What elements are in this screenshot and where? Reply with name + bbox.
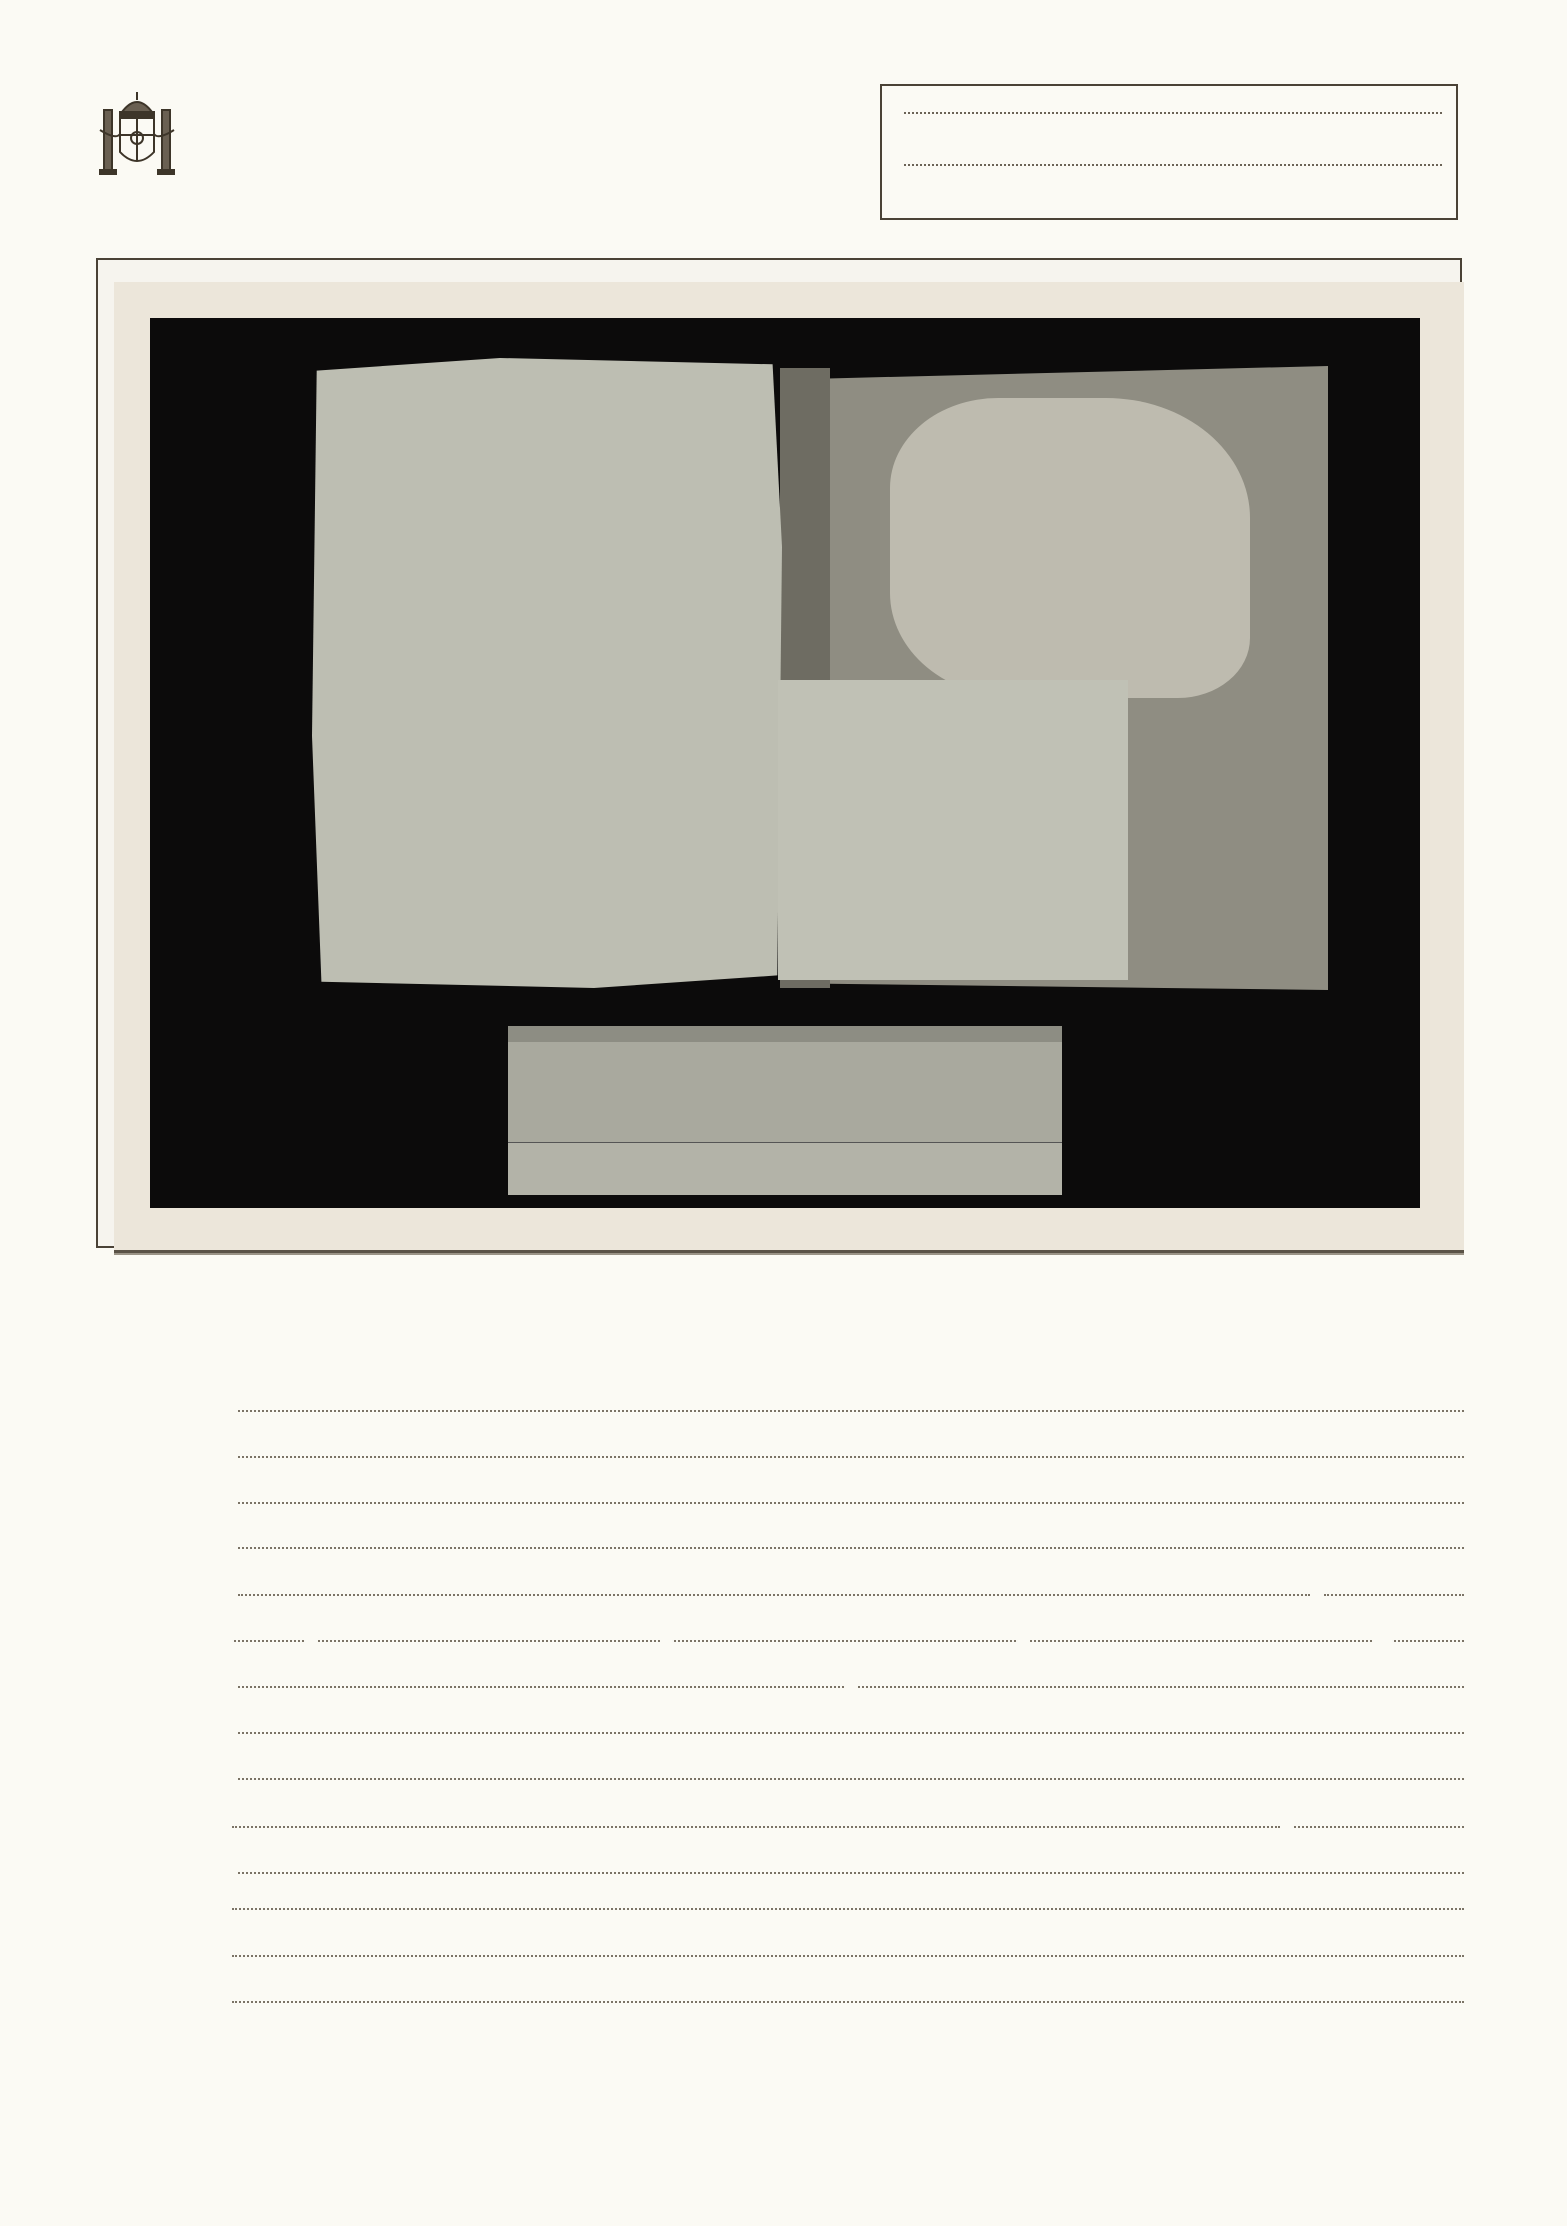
description-line-3[interactable] xyxy=(232,1955,1464,1957)
book-left-page xyxy=(312,358,782,988)
ancho-field[interactable] xyxy=(234,1610,304,1642)
book-photograph xyxy=(150,318,1420,1208)
registro-leader xyxy=(232,1796,1280,1828)
breve-descripcion-row xyxy=(232,1840,1464,1874)
materia-row xyxy=(232,1562,1464,1596)
provincia-field[interactable] xyxy=(858,1656,1464,1688)
num-hojas-field[interactable] xyxy=(1394,1610,1464,1642)
color-calibration-card xyxy=(508,1026,1062,1194)
registro-field[interactable] xyxy=(1294,1796,1464,1828)
color-card-labels xyxy=(508,1026,1062,1042)
color-card-bottom-row xyxy=(508,1088,1062,1142)
municipio-row xyxy=(232,1654,1464,1688)
restaurador-field[interactable] xyxy=(904,164,1442,166)
color-card-top-row xyxy=(508,1042,1062,1088)
area-field[interactable] xyxy=(904,112,1442,114)
entidad-field[interactable] xyxy=(238,1748,1464,1780)
description-line-4[interactable] xyxy=(232,2001,1464,2003)
comunidad-field[interactable] xyxy=(238,1702,1464,1734)
peso-field[interactable] xyxy=(674,1610,1016,1642)
entidad-row xyxy=(232,1746,1464,1780)
municipio-field[interactable] xyxy=(238,1656,844,1688)
tipo-de-bien-row xyxy=(232,1378,1464,1412)
coat-of-arms-icon xyxy=(96,90,178,178)
description-line-2[interactable] xyxy=(232,1908,1464,1910)
epoca-row xyxy=(232,1515,1464,1549)
photo-print xyxy=(114,282,1464,1253)
comunidad-row xyxy=(232,1700,1464,1734)
breve-descripcion-field[interactable] xyxy=(238,1842,1464,1874)
area-box xyxy=(880,84,1458,220)
profundidad-field[interactable] xyxy=(318,1610,660,1642)
area-row xyxy=(896,112,1442,114)
epoca-field[interactable] xyxy=(238,1517,1464,1549)
autor-row xyxy=(232,1470,1464,1504)
titulo-field[interactable] xyxy=(238,1426,1464,1458)
registro-row xyxy=(232,1794,1464,1828)
autor-field[interactable] xyxy=(238,1472,1464,1504)
measurement-ruler xyxy=(508,1142,1062,1195)
altura-field[interactable] xyxy=(1324,1564,1464,1596)
dimensions-row xyxy=(232,1608,1464,1642)
diametro-field[interactable] xyxy=(1030,1610,1372,1642)
restaurador-row xyxy=(896,164,1442,166)
titulo-row xyxy=(232,1424,1464,1458)
tipo-de-bien-field[interactable] xyxy=(238,1380,1464,1412)
book-right-page-fragment xyxy=(778,680,1128,980)
cover-stain xyxy=(890,398,1250,698)
materia-field[interactable] xyxy=(238,1564,1310,1596)
